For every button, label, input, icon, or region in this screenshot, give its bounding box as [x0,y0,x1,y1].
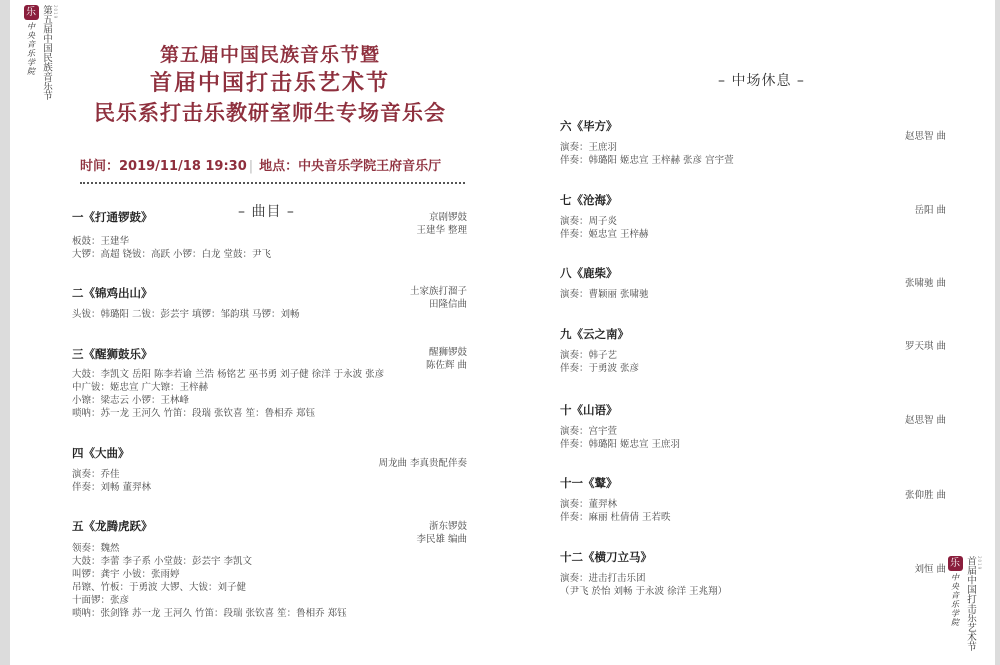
credit-line: 京剧锣鼓 [416,211,467,224]
title-line-2: 首届中国打击乐艺术节 [65,68,475,98]
performer-line: 大鼓：李蕾 李子系 小堂鼓：彭芸宇 李凯文 [72,555,467,568]
performer-line: 伴奏：韩璐阳 姬忠宣 王庶羽 [560,438,946,451]
piece-credit: 赵思智 曲 [905,414,946,427]
credit-line: 李民雄 编曲 [416,533,467,546]
program-item: 三《醒狮鼓乐》 醒狮锣鼓 陈佐辉 曲 大鼓：李凯文 岳阳 陈李若谕 兰浩 杨铭艺… [72,346,467,420]
performer-list: 演奏：董羿林 伴奏：麻丽 杜倩倩 王若昳 [560,498,946,524]
performer-list: 板鼓：王建华 大锣：高超 铙钹：高跃 小锣：白龙 堂鼓：尹飞 [72,235,467,261]
edition-mark: 2019 [977,556,982,570]
performer-list: 头钹：韩璐阳 二钹：彭芸宇 填锣：邹韵琪 马锣：刘畅 [72,308,467,321]
program-item: 七《沧海》 岳阳 曲 演奏：周子炎 伴奏：姬忠宣 王梓赫 [560,192,946,241]
performer-list: 演奏：曹颖丽 张啸驰 [560,288,946,301]
concert-title: 第五届中国民族音乐节暨 首届中国打击乐艺术节 民乐系打击乐教研室师生专场音乐会 [65,42,475,128]
program-item: 十二《横刀立马》 刘恒 曲 演奏：进击打击乐团 （尹飞 於怡 刘畅 于永波 徐洋… [560,549,946,598]
performer-line: 伴奏：姬忠宣 王梓赫 [560,228,946,241]
performer-line: 演奏：进击打击乐团 [560,572,946,585]
seal-logo-icon: 乐 [24,5,39,20]
seal-logo-icon: 乐 [948,556,963,571]
performer-line: 演奏：周子炎 [560,215,946,228]
dotted-divider [80,182,465,184]
performer-list: 领奏：魏然 大鼓：李蕾 李子系 小堂鼓：彭芸宇 李凯文 叫锣：龚宇 小钹：张雨婷… [72,542,467,620]
piece-title: 七《沧海》 [560,192,946,208]
info-separator: | [249,159,253,174]
performer-line: 头钹：韩璐阳 二钹：彭芸宇 填锣：邹韵琪 马锣：刘畅 [72,308,467,321]
performer-list: 演奏：周子炎 伴奏：姬忠宣 王梓赫 [560,215,946,241]
program-item: 八《鹿柴》 张啸驰 曲 演奏：曹颖丽 张啸驰 [560,265,946,301]
performer-line: 演奏：宫宇萱 [560,425,946,438]
program-item: 一《打通锣鼓》 京剧锣鼓 王建华 整理 板鼓：王建华 大锣：高超 铙钹：高跃 小… [72,209,467,261]
performer-list: 演奏：韩子艺 伴奏：于勇波 张彦 [560,349,946,375]
piece-title: 一《打通锣鼓》 [72,209,467,225]
performer-line: 演奏：韩子艺 [560,349,946,362]
credit-line: 岳阳 曲 [914,204,946,217]
performer-line: 领奏：魏然 [72,542,467,555]
credit-line: 浙东锣鼓 [416,520,467,533]
program-item: 二《锦鸡出山》 土家族打溜子 田隆信曲 头钹：韩璐阳 二钹：彭芸宇 填锣：邹韵琪… [72,285,467,321]
school-calligraphy: 中央音乐学院 [26,22,37,76]
credit-line: 土家族打溜子 [410,285,467,298]
title-line-3: 民乐系打击乐教研室师生专场音乐会 [65,98,475,128]
piece-credit: 周龙曲 李真贵配伴奏 [378,457,467,470]
credit-line: 张仰胜 曲 [905,489,946,502]
program-item: 十《山语》 赵思智 曲 演奏：宫宇萱 伴奏：韩璐阳 姬忠宣 王庶羽 [560,402,946,451]
performer-line: 演奏：王庶羽 [560,141,946,154]
performer-list: 演奏：乔佳 伴奏：刘畅 董羿林 [72,468,467,494]
festival-name-vertical: 首届中国打击乐艺术节 [965,556,975,651]
performer-line: 叫锣：龚宇 小钹：张雨婷 [72,568,467,581]
program-item: 六《毕方》 赵思智 曲 演奏：王庶羽 伴奏：韩璐阳 姬忠宣 王梓赫 张彦 宫宇萱 [560,118,946,167]
piece-credit: 浙东锣鼓 李民雄 编曲 [416,520,467,546]
event-time: 时间：2019/11/18 19:30 [80,159,247,174]
performer-line: 大鼓：李凯文 岳阳 陈李若谕 兰浩 杨铭艺 巫书勇 刘子健 徐洋 于永波 张彦 [72,368,467,381]
performer-line: 中广钹：姬忠宣 广大镲：王梓赫 [72,381,467,394]
piece-credit: 张啸驰 曲 [905,277,946,290]
credit-line: 陈佐辉 曲 [426,359,467,372]
performer-list: 演奏：宫宇萱 伴奏：韩璐阳 姬忠宣 王庶羽 [560,425,946,451]
piece-title: 八《鹿柴》 [560,265,946,281]
credit-line: 田隆信曲 [410,298,467,311]
performer-line: 小镲：梁志云 小锣：王林峰 [72,394,467,407]
performer-line: 演奏：曹颖丽 张啸驰 [560,288,946,301]
credit-line: 张啸驰 曲 [905,277,946,290]
program-page: 乐 中央音乐学院 第五届中国民族音乐节 2019 第五届中国民族音乐节暨 首届中… [10,0,995,665]
performer-line: 板鼓：王建华 [72,235,467,248]
program-item: 四《大曲》 周龙曲 李真贵配伴奏 演奏：乔佳 伴奏：刘畅 董羿林 [72,445,467,494]
festival-logo-bottom: 乐 中央音乐学院 首届中国打击乐艺术节 2019 [947,556,983,651]
piece-credit: 赵思智 曲 [905,130,946,143]
event-venue: 地点：中央音乐学院王府音乐厅 [259,159,441,174]
piece-credit: 罗天琪 曲 [905,340,946,353]
program-item: 十一《鼙》 张仰胜 曲 演奏：董羿林 伴奏：麻丽 杜倩倩 王若昳 [560,475,946,524]
performer-line: 十面锣：张彦 [72,594,467,607]
performer-list: 演奏：进击打击乐团 （尹飞 於怡 刘畅 于永波 徐洋 王兆翔） [560,572,946,598]
event-info: 时间：2019/11/18 19:30|地点：中央音乐学院王府音乐厅 [80,155,441,174]
program-item: 九《云之南》 罗天琪 曲 演奏：韩子艺 伴奏：于勇波 张彦 [560,326,946,375]
piece-credit: 醒狮锣鼓 陈佐辉 曲 [426,346,467,372]
piece-title: 三《醒狮鼓乐》 [72,346,467,362]
performer-line: 演奏：董羿林 [560,498,946,511]
credit-line: 王建华 整理 [416,224,467,237]
piece-title: 九《云之南》 [560,326,946,342]
festival-logo-top: 乐 中央音乐学院 第五届中国民族音乐节 2019 [23,5,59,100]
piece-credit: 土家族打溜子 田隆信曲 [410,285,467,311]
performer-line: 唢呐：苏一龙 王河久 竹笛：段瑞 张钦喜 笙：鲁相乔 郑钰 [72,407,467,420]
performer-list: 大鼓：李凯文 岳阳 陈李若谕 兰浩 杨铭艺 巫书勇 刘子健 徐洋 于永波 张彦 … [72,368,467,420]
credit-line: 周龙曲 李真贵配伴奏 [378,457,467,470]
intermission-heading: – 中场休息 – [718,70,805,90]
performer-line: 伴奏：麻丽 杜倩倩 王若昳 [560,511,946,524]
piece-credit: 张仰胜 曲 [905,489,946,502]
school-calligraphy: 中央音乐学院 [950,573,961,627]
credit-line: 赵思智 曲 [905,414,946,427]
performer-line: 唢呐：张剑锋 苏一龙 王河久 竹笛：段瑞 张钦喜 笙：鲁相乔 郑钰 [72,607,467,620]
credit-line: 刘恒 曲 [914,563,946,576]
piece-title: 十二《横刀立马》 [560,549,946,565]
piece-title: 十《山语》 [560,402,946,418]
piece-credit: 岳阳 曲 [914,204,946,217]
festival-name-vertical: 第五届中国民族音乐节 [41,5,51,100]
performer-line: 大锣：高超 铙钹：高跃 小锣：白龙 堂鼓：尹飞 [72,248,467,261]
credit-line: 赵思智 曲 [905,130,946,143]
piece-title: 六《毕方》 [560,118,946,134]
performer-line: 伴奏：于勇波 张彦 [560,362,946,375]
piece-credit: 京剧锣鼓 王建华 整理 [416,211,467,237]
performer-line: （尹飞 於怡 刘畅 于永波 徐洋 王兆翔） [560,585,946,598]
piece-title: 二《锦鸡出山》 [72,285,467,301]
edition-mark: 2019 [53,5,58,19]
credit-line: 醒狮锣鼓 [426,346,467,359]
performer-line: 伴奏：刘畅 董羿林 [72,481,467,494]
title-line-1: 第五届中国民族音乐节暨 [65,42,475,68]
piece-title: 五《龙腾虎跃》 [72,518,467,534]
credit-line: 罗天琪 曲 [905,340,946,353]
piece-title: 十一《鼙》 [560,475,946,491]
performer-line: 伴奏：韩璐阳 姬忠宣 王梓赫 张彦 宫宇萱 [560,154,946,167]
program-item: 五《龙腾虎跃》 浙东锣鼓 李民雄 编曲 领奏：魏然 大鼓：李蕾 李子系 小堂鼓：… [72,518,467,620]
piece-credit: 刘恒 曲 [914,563,946,576]
performer-line: 吊镲、竹板：于勇波 大锣、大钹：刘子健 [72,581,467,594]
performer-list: 演奏：王庶羽 伴奏：韩璐阳 姬忠宣 王梓赫 张彦 宫宇萱 [560,141,946,167]
